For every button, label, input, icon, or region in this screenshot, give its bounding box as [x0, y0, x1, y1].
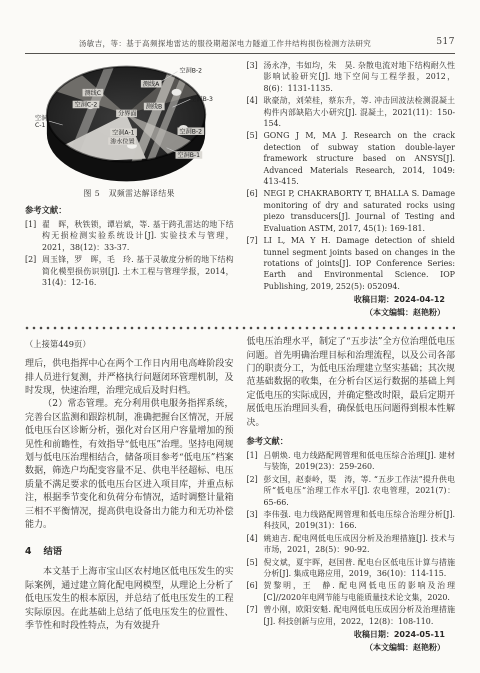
label-line-b: 测线B — [146, 103, 162, 111]
reference-item: [1] 吕朝焕. 电力线路配网管理和低电压综合治理[J]. 建材与装饰，2019… — [247, 450, 456, 473]
reference-item: [3] 汤永净，韦如均，朱 昊. 杂散电流对地下结构耐久性影响试验研究[J]. … — [247, 60, 456, 94]
reference-text: GONG J M, MA J. Research on the crack de… — [264, 130, 456, 187]
reference-item: [1] 翟 晖，秋铁锁，谭岩斌，等. 基于跨孔雷达的地下结构无损检测实验系统设计… — [25, 219, 234, 253]
running-title: 汤敏吉，等：基于高频探地雷达的服役期超深电力隧道工作井结构损伤检测方法研究 — [79, 39, 371, 48]
void-blob-1 — [172, 89, 182, 96]
editor-note: （本文编辑：赵艳粉） — [247, 306, 456, 319]
figure-caption: 图 5 双频雷达解译结果 — [25, 188, 234, 199]
reference-item: [4] 耿豪劼，刘荣桂，蔡东升，等. 冲击回波法检测混凝土构件内部缺陷大小研究[… — [247, 95, 456, 129]
reference-text: LI L, MA Y H. Damage detection of shield… — [264, 235, 456, 292]
reference-item: [7] LI L, MA Y H. Damage detection of sh… — [247, 235, 456, 292]
label-line-c: 测线C — [85, 89, 102, 97]
reference-text: 彭文国，赵泰岭，渠 涛，等. “五步工作法”提升供电所“低电压”治理工作水平[J… — [264, 474, 456, 508]
reference-text: 贺黎明，王 静. 配电网低电压的影响及治理[C]//2020年电网节能与电能质量… — [264, 580, 456, 603]
label-void-c1-line1: 空洞 — [35, 114, 47, 122]
reference-text: 周玉锋，罗 晖，毛 玲. 基于灵敏度分析的地下结构简化模型损伤识别[J]. 土木… — [42, 254, 234, 288]
label-interface: 分界面 — [118, 110, 136, 118]
label-water-position: 渗水位置 — [110, 137, 135, 145]
label-void-b3: 空洞B-3 — [191, 95, 214, 103]
reference-text: 耿豪劼，刘荣桂，蔡东升，等. 冲击回波法检测混凝土构件内部缺陷大小研究[J]. … — [264, 95, 456, 129]
label-void-b2-mid: 空洞B-2 — [180, 127, 203, 135]
radar-cylinder-figure: 空洞B-2 测线A 空洞B-3 测线B 空洞B-2 空洞B-1 测线C 空洞C-… — [35, 62, 223, 186]
reference-number: [4] — [247, 95, 264, 129]
bottom-left-column: （上接第449页） 理后，供电指挥中心在两个工作日内用电高峰阶段安排人员进行复测… — [25, 336, 234, 654]
label-void-b2-top: 空洞B-2 — [180, 67, 203, 75]
body-paragraph: 理后，供电指挥中心在两个工作日内用电高峰阶段安排人员进行复测，并严格执行问题闭环… — [25, 358, 234, 398]
dotted-separator — [25, 326, 455, 330]
reference-item: [2] 彭文国，赵泰岭，渠 涛，等. “五步工作法”提升供电所“低电压”治理工作… — [247, 474, 456, 508]
reference-item: [7] 曾小刚，欧阳安魁. 配电网低电压成因分析及治理措施[J]. 科技创新与应… — [247, 604, 456, 627]
reference-number: [7] — [247, 235, 264, 292]
reference-number: [3] — [247, 509, 264, 532]
reference-text: 李伟强. 电力线路配网管理和低电压综合治理分析[J]. 科技风，2019(31)… — [264, 509, 456, 532]
reference-item: [2] 周玉锋，罗 晖，毛 玲. 基于灵敏度分析的地下结构简化模型损伤识别[J]… — [25, 254, 234, 288]
reference-number: [5] — [247, 557, 264, 580]
reference-number: [6] — [247, 188, 264, 234]
reference-item: [4] 姚迪吉. 配电网低电压成因分析及治理措施[J]. 技术与市场，2021，… — [247, 533, 456, 556]
running-head: 汤敏吉，等：基于高频探地雷达的服役期超深电力隧道工作井结构损伤检测方法研究 51… — [25, 38, 455, 54]
reference-number: [6] — [247, 580, 264, 603]
reference-number: [3] — [247, 60, 264, 94]
section-heading: 4结语 — [25, 543, 234, 557]
section-title: 结语 — [43, 546, 62, 557]
reference-text: 姚迪吉. 配电网低电压成因分析及治理措施[J]. 技术与市场，2021，28(5… — [264, 533, 456, 556]
figure-5: 空洞B-2 测线A 空洞B-3 测线B 空洞B-2 空洞B-1 测线C 空洞C-… — [25, 62, 234, 199]
body-paragraph: 低电压治理水平，制定了“五步法”全方位治理低电压问题。首先明确治理目标和治理流程… — [247, 336, 456, 430]
section-number: 4 — [25, 546, 31, 557]
bottom-row: （上接第449页） 理后，供电指挥中心在两个工作日内用电高峰阶段安排人员进行复测… — [25, 336, 455, 654]
reference-number: [5] — [247, 130, 264, 187]
reference-number: [1] — [25, 219, 42, 253]
reference-number: [2] — [247, 474, 264, 508]
label-void-c2: 空洞C-2 — [75, 101, 98, 109]
editor-note: （本文编辑：赵艳粉） — [247, 641, 456, 654]
reference-number: [7] — [247, 604, 264, 627]
received-date: 收稿日期：2024-05-11 — [247, 628, 456, 641]
reference-item: [6] NEGI P, CHAKRABORTY T, BHALLA S. Dam… — [247, 188, 456, 234]
top-right-column: [3] 汤永净，韦如均，朱 昊. 杂散电流对地下结构耐久性影响试验研究[J]. … — [247, 60, 456, 319]
received-date: 收稿日期：2024-04-12 — [247, 293, 456, 306]
reference-item: [6] 贺黎明，王 静. 配电网低电压的影响及治理[C]//2020年电网节能与… — [247, 580, 456, 603]
body-paragraph: 本文基于上海市宝山区农村地区低电压发生的实际案例，通过建立简化配电网模型，从理论… — [25, 566, 234, 633]
top-row: 空洞B-2 测线A 空洞B-3 测线B 空洞B-2 空洞B-1 测线C 空洞C-… — [25, 60, 455, 319]
reference-text: NEGI P, CHAKRABORTY T, BHALLA S. Damage … — [264, 188, 456, 234]
continued-from-note: （上接第449页） — [25, 338, 234, 350]
label-line-a: 测线A — [143, 80, 160, 88]
reference-item: [5] GONG J M, MA J. Research on the crac… — [247, 130, 456, 187]
label-void-b1: 空洞B-1 — [178, 151, 201, 159]
reference-text: 汤永净，韦如均，朱 昊. 杂散电流对地下结构耐久性影响试验研究[J]. 地下空间… — [264, 60, 456, 94]
references-heading: 参考文献： — [25, 204, 234, 216]
label-void-a1: 空洞A-1 — [112, 128, 135, 136]
reference-text: 翟 晖，秋铁锁，谭岩斌，等. 基于跨孔雷达的地下结构无损检测实验系统设计[J].… — [42, 219, 234, 253]
reference-number: [4] — [247, 533, 264, 556]
top-left-column: 空洞B-2 测线A 空洞B-3 测线B 空洞B-2 空洞B-1 测线C 空洞C-… — [25, 60, 234, 319]
journal-page: 汤敏吉，等：基于高频探地雷达的服役期超深电力隧道工作井结构损伤检测方法研究 51… — [0, 0, 480, 673]
reference-number: [1] — [247, 450, 264, 473]
reference-text: 倪文斌，夏宇晖，赵国普. 配电台区低电压计算与措施分析[J]. 集成电路应用，2… — [264, 557, 456, 580]
bottom-right-column: 低电压治理水平，制定了“五步法”全方位治理低电压问题。首先明确治理目标和治理流程… — [247, 336, 456, 654]
references-heading: 参考文献： — [247, 435, 456, 447]
reference-text: 曾小刚，欧阳安魁. 配电网低电压成因分析及治理措施[J]. 科技创新与应用，20… — [264, 604, 456, 627]
label-void-c1-line2: C-1 — [35, 122, 45, 129]
reference-item: [5] 倪文斌，夏宇晖，赵国普. 配电台区低电压计算与措施分析[J]. 集成电路… — [247, 557, 456, 580]
reference-item: [3] 李伟强. 电力线路配网管理和低电压综合治理分析[J]. 科技风，2019… — [247, 509, 456, 532]
body-paragraph: （2）常态管理。充分利用供电服务指挥系统，完善台区监测和跟踪机制，准确把握台区情… — [25, 398, 234, 532]
page-number: 517 — [436, 37, 455, 47]
reference-text: 吕朝焕. 电力线路配网管理和低电压综合治理[J]. 建材与装饰，2019(23)… — [264, 450, 456, 473]
reference-number: [2] — [25, 254, 42, 288]
